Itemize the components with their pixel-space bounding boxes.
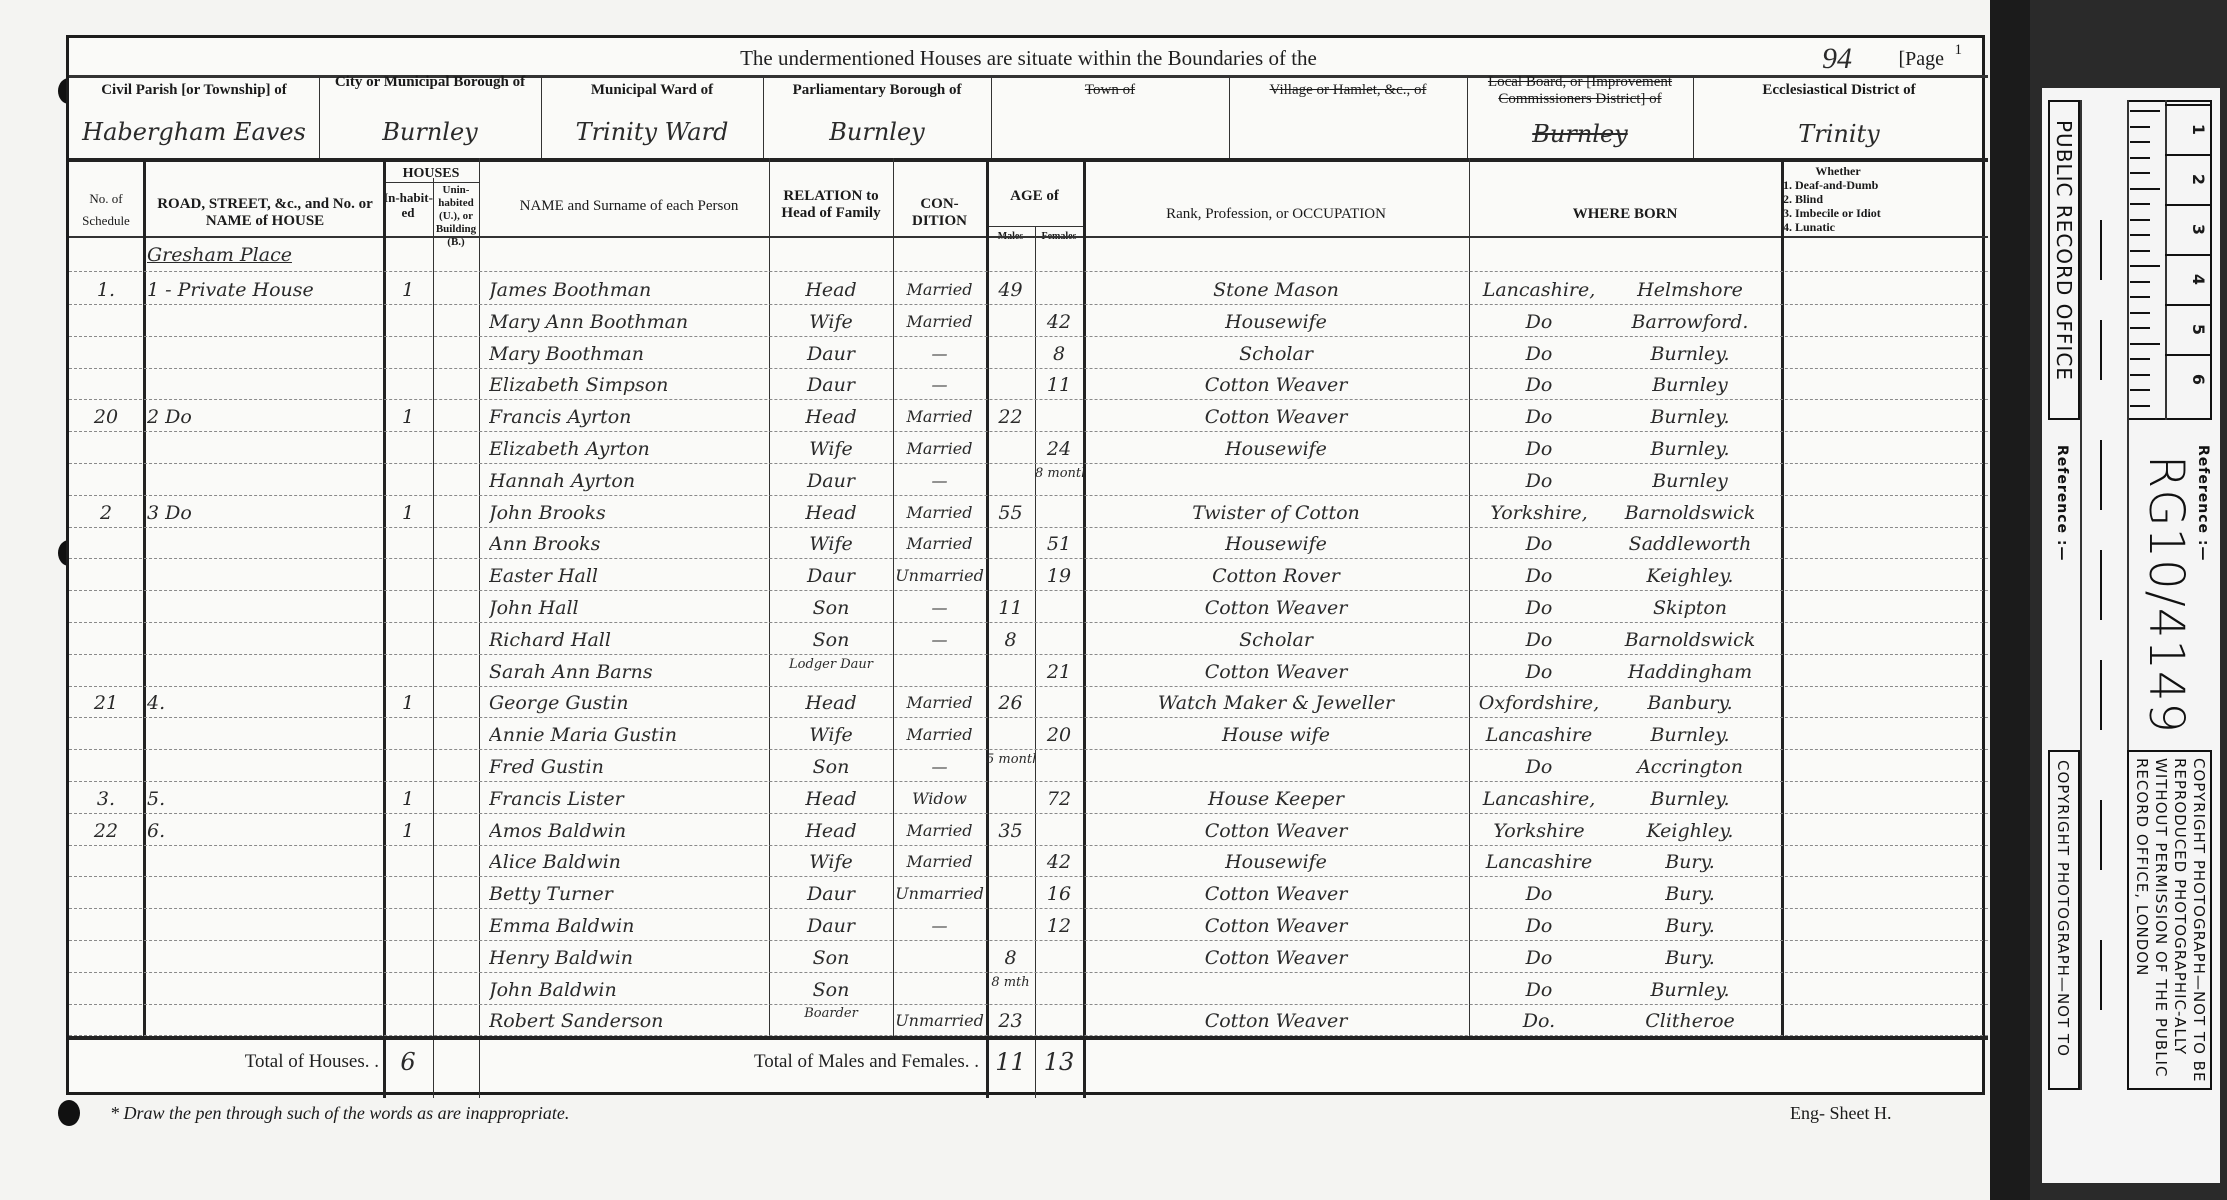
- boundary-value-local-board: Burnley: [1467, 120, 1693, 148]
- schedule-number: [69, 467, 143, 495]
- born-place: Burnley: [1599, 371, 1781, 399]
- boundary-label-parliamentary: Parliamentary Borough of: [763, 82, 991, 99]
- born-county: Do: [1469, 308, 1609, 336]
- ruler-tick: [2130, 250, 2150, 252]
- boundary-label-borough: City or Municipal Borough of: [319, 74, 541, 91]
- relation: Wife: [769, 530, 893, 558]
- female-age: 42: [1035, 848, 1083, 876]
- male-age: 35: [986, 817, 1035, 845]
- condition: [893, 976, 986, 1004]
- person-name: John Baldwin: [489, 976, 769, 1004]
- road-address: [147, 944, 383, 972]
- relation: Daur: [769, 912, 893, 940]
- born-place: Barnoldswick: [1599, 499, 1781, 527]
- person-name: Mary Boothman: [489, 340, 769, 368]
- road-address: [147, 976, 383, 1004]
- female-age: 8 months: [1035, 467, 1083, 495]
- street-heading: Gresham Place: [147, 241, 383, 269]
- born-county: Do: [1469, 467, 1609, 495]
- ruler-tick: [2130, 203, 2150, 205]
- female-age: 19: [1035, 562, 1083, 590]
- ruler-tick: [2130, 234, 2150, 236]
- inhabited-count: [383, 530, 433, 558]
- occupation: Housewife: [1083, 435, 1469, 463]
- table-row: 1.1 - Private House1James BoothmanHeadMa…: [69, 273, 1988, 306]
- ruler-tick: [2130, 327, 2150, 329]
- table-row: Elizabeth AyrtonWifeMarried24HousewifeDo…: [69, 432, 1988, 465]
- relation: Son: [769, 753, 893, 781]
- person-name: Richard Hall: [489, 626, 769, 654]
- inhabited-count: [383, 658, 433, 686]
- boundary-value-borough: Burnley: [319, 118, 541, 146]
- schedule-number: 20: [69, 403, 143, 431]
- road-address: [147, 530, 383, 558]
- scale-cell: 3: [2165, 204, 2210, 256]
- inhabited-count: [383, 340, 433, 368]
- header-occupation: Rank, Profession, or OCCUPATION: [1083, 206, 1469, 223]
- road-address: 5.: [147, 785, 383, 813]
- person-name: Ann Brooks: [489, 530, 769, 558]
- scale-cell: 2: [2165, 154, 2210, 206]
- condition: [893, 658, 986, 686]
- page-label: [Page: [1898, 48, 1944, 71]
- occupation: Cotton Rover: [1083, 562, 1469, 590]
- born-county: Do: [1469, 976, 1609, 1004]
- born-place: Bury.: [1599, 880, 1781, 908]
- inhabited-count: 1: [383, 499, 433, 527]
- male-age: [986, 721, 1035, 749]
- person-name: Emma Baldwin: [489, 912, 769, 940]
- schedule-number: 2: [69, 499, 143, 527]
- condition: Married: [893, 689, 986, 717]
- ruler-tick: [2130, 343, 2160, 345]
- male-age: 49: [986, 276, 1035, 304]
- scale-number: 2: [2189, 174, 2208, 185]
- occupation: Housewife: [1083, 308, 1469, 336]
- born-place: Haddingham: [1599, 658, 1781, 686]
- born-county: Yorkshire: [1469, 817, 1609, 845]
- female-age: 24: [1035, 435, 1083, 463]
- male-age: [986, 562, 1035, 590]
- cut-line: [2100, 320, 2102, 380]
- condition: —: [893, 594, 986, 622]
- male-age: [986, 435, 1035, 463]
- inhabited-count: [383, 371, 433, 399]
- total-persons-label: Total of Males and Females. .: [489, 1051, 979, 1073]
- born-place: Bury.: [1599, 912, 1781, 940]
- born-place: Burnley.: [1599, 403, 1781, 431]
- schedule-number: [69, 658, 143, 686]
- road-address: [147, 848, 383, 876]
- scale-cell: 5: [2165, 304, 2210, 356]
- scale-cell: 6: [2165, 354, 2210, 406]
- male-age: 26: [986, 689, 1035, 717]
- road-address: 4.: [147, 689, 383, 717]
- ruler-tick: [2130, 141, 2150, 143]
- boundary-value-civil-parish: Habergham Eaves: [69, 118, 319, 146]
- road-address: [147, 880, 383, 908]
- male-age: 22: [986, 403, 1035, 431]
- female-age: 8: [1035, 340, 1083, 368]
- male-age: 8: [986, 944, 1035, 972]
- road-address: [147, 1007, 383, 1035]
- ruler-tick: [2130, 405, 2150, 407]
- person-name: Sarah Ann Barns: [489, 658, 769, 686]
- schedule-number: 1.: [69, 276, 143, 304]
- road-address: [147, 721, 383, 749]
- boundary-label-ecclesiastical: Ecclesiastical District of: [1693, 82, 1985, 99]
- schedule-number: [69, 753, 143, 781]
- born-place: Keighley.: [1599, 562, 1781, 590]
- schedule-number: [69, 944, 143, 972]
- born-place: Keighley.: [1599, 817, 1781, 845]
- inhabited-count: [383, 944, 433, 972]
- scale-cell: 1: [2165, 104, 2210, 156]
- header-condition: CON-DITION: [893, 196, 986, 230]
- infirmity-option-3: 3. Imbecile or Idiot: [1783, 206, 1983, 220]
- inhabited-count: [383, 848, 433, 876]
- table-row: Ann BrooksWifeMarried51HousewifeDoSaddle…: [69, 527, 1988, 560]
- person-name: Robert Sanderson: [489, 1007, 769, 1035]
- scale-number: 5: [2189, 324, 2208, 335]
- inhabited-count: [383, 435, 433, 463]
- condition: —: [893, 371, 986, 399]
- divider: [2080, 100, 2082, 1090]
- occupation: Twister of Cotton: [1083, 499, 1469, 527]
- born-county: Do: [1469, 594, 1609, 622]
- female-age: 12: [1035, 912, 1083, 940]
- relation: Head: [769, 817, 893, 845]
- census-form: The undermentioned Houses are situate wi…: [66, 35, 1985, 1095]
- condition: [893, 944, 986, 972]
- born-county: Lancashire,: [1469, 276, 1609, 304]
- ruler-tick: [2130, 358, 2150, 360]
- schedule-number: 3.: [69, 785, 143, 813]
- schedule-number: [69, 848, 143, 876]
- schedule-number: 22: [69, 817, 143, 845]
- born-county: Lancashire,: [1469, 785, 1609, 813]
- male-age: 23: [986, 1007, 1035, 1035]
- person-name: Amos Baldwin: [489, 817, 769, 845]
- table-row: Sarah Ann BarnsLodger Daur21Cotton Weave…: [69, 655, 1988, 688]
- boundary-value-parliamentary: Burnley: [763, 118, 991, 146]
- relation: Wife: [769, 848, 893, 876]
- female-age: 51: [1035, 530, 1083, 558]
- table-row: Fred GustinSon—5 monthsDoAccrington: [69, 750, 1988, 783]
- table-row: Easter HallDaurUnmarried19Cotton RoverDo…: [69, 559, 1988, 592]
- relation: Daur: [769, 340, 893, 368]
- boundary-label-civil-parish: Civil Parish [or Township] of: [69, 82, 319, 99]
- born-county: Do: [1469, 340, 1609, 368]
- schedule-number: [69, 594, 143, 622]
- table-row: Emma BaldwinDaur—12Cotton WeaverDoBury.: [69, 909, 1988, 942]
- inhabited-count: [383, 308, 433, 336]
- female-age: [1035, 499, 1083, 527]
- infirmity-option-2: 2. Blind: [1783, 192, 1983, 206]
- table-row: 226.1Amos BaldwinHeadMarried35Cotton Wea…: [69, 814, 1988, 847]
- film-margin-edge: [1990, 0, 2030, 1200]
- person-name: Betty Turner: [489, 880, 769, 908]
- male-age: [986, 658, 1035, 686]
- boundary-label-ward: Municipal Ward of: [541, 82, 763, 99]
- road-address: [147, 435, 383, 463]
- born-place: Burnley.: [1599, 340, 1781, 368]
- reference-value: RG10/4149: [2138, 455, 2194, 734]
- male-age: [986, 308, 1035, 336]
- header-name: NAME and Surname of each Person: [499, 198, 759, 215]
- table-row: Alice BaldwinWifeMarried42HousewifeLanca…: [69, 845, 1988, 878]
- header-inhabited: In-habit-ed: [383, 190, 433, 220]
- header-schedule: No. of Schedule: [69, 188, 143, 232]
- scale-number: 3: [2189, 224, 2208, 235]
- female-age: [1035, 1007, 1083, 1035]
- road-address: [147, 371, 383, 399]
- ruler-tick: [2130, 265, 2160, 267]
- header-infirmity: Whether 1. Deaf-and-Dumb 2. Blind 3. Imb…: [1783, 164, 1983, 234]
- person-name: George Gustin: [489, 689, 769, 717]
- relation: Wife: [769, 435, 893, 463]
- male-age: [986, 530, 1035, 558]
- female-age: [1035, 276, 1083, 304]
- table-row: Henry BaldwinSon8Cotton WeaverDoBury.: [69, 941, 1988, 974]
- total-males-value: 11: [986, 1048, 1035, 1076]
- condition: Widow: [893, 785, 986, 813]
- occupation: [1083, 753, 1469, 781]
- inhabited-count: [383, 753, 433, 781]
- occupation: Housewife: [1083, 530, 1469, 558]
- occupation: Cotton Weaver: [1083, 1007, 1469, 1035]
- table-row: 3.5.1Francis ListerHeadWidow72House Keep…: [69, 782, 1988, 815]
- person-name: Hannah Ayrton: [489, 467, 769, 495]
- born-county: Do: [1469, 944, 1609, 972]
- inhabited-count: [383, 594, 433, 622]
- road-address: 6.: [147, 817, 383, 845]
- male-age: [986, 880, 1035, 908]
- table-row: Elizabeth SimpsonDaur—11Cotton WeaverDoB…: [69, 368, 1988, 401]
- ruler-tick: [2130, 312, 2150, 314]
- cut-line: [2100, 440, 2102, 510]
- inhabited-count: 1: [383, 276, 433, 304]
- table-row: 202 Do1Francis AyrtonHeadMarried22Cotton…: [69, 400, 1988, 433]
- occupation: Cotton Weaver: [1083, 403, 1469, 431]
- female-age: [1035, 753, 1083, 781]
- form-title: The undermentioned Houses are situate wi…: [69, 46, 1988, 71]
- folio-number: 94: [1822, 42, 1852, 76]
- born-county: Lancashire: [1469, 848, 1609, 876]
- total-females-value: 13: [1035, 1048, 1083, 1076]
- person-name: Fred Gustin: [489, 753, 769, 781]
- born-county: Yorkshire,: [1469, 499, 1609, 527]
- condition: Married: [893, 403, 986, 431]
- male-age: 8 mth: [986, 976, 1035, 1004]
- ruler-tick: [2130, 389, 2150, 391]
- ruler-tick: [2130, 172, 2150, 174]
- relation: Lodger Daur: [769, 658, 893, 686]
- person-name: Annie Maria Gustin: [489, 721, 769, 749]
- inhabited-count: 1: [383, 817, 433, 845]
- cut-line: [2100, 550, 2102, 620]
- male-age: [986, 340, 1035, 368]
- relation: Head: [769, 276, 893, 304]
- born-county: Do: [1469, 658, 1609, 686]
- boundary-label-village: Village or Hamlet, &c., of: [1229, 82, 1467, 99]
- relation: Wife: [769, 308, 893, 336]
- ruler-tick: [2130, 157, 2150, 159]
- road-address: [147, 562, 383, 590]
- occupation: House Keeper: [1083, 785, 1469, 813]
- condition: Married: [893, 435, 986, 463]
- person-name: James Boothman: [489, 276, 769, 304]
- occupation: Cotton Weaver: [1083, 944, 1469, 972]
- born-place: Bury.: [1599, 944, 1781, 972]
- person-name: Elizabeth Ayrton: [489, 435, 769, 463]
- ruler-tick: [2130, 110, 2160, 112]
- record-office-label: PUBLIC RECORD OFFICE: [2052, 120, 2076, 381]
- relation: Daur: [769, 880, 893, 908]
- condition: —: [893, 912, 986, 940]
- total-houses-label: Total of Houses. .: [129, 1051, 379, 1073]
- occupation: Housewife: [1083, 848, 1469, 876]
- male-age: 11: [986, 594, 1035, 622]
- copyright-full: COPYRIGHT PHOTOGRAPH—NOT TO BE REPRODUCE…: [2132, 758, 2208, 1083]
- header-relation: RELATION to Head of Family: [769, 188, 893, 222]
- reference-label-right: Reference :—: [2195, 445, 2211, 562]
- condition: Married: [893, 721, 986, 749]
- person-name: Francis Lister: [489, 785, 769, 813]
- footer-note: * Draw the pen through such of the words…: [110, 1103, 569, 1124]
- born-place: Burnley.: [1599, 976, 1781, 1004]
- schedule-number: [69, 912, 143, 940]
- inhabited-count: [383, 467, 433, 495]
- condition: —: [893, 467, 986, 495]
- cut-line: [2100, 660, 2102, 730]
- relation: Head: [769, 403, 893, 431]
- born-county: Do: [1469, 562, 1609, 590]
- scale-cell: 4: [2165, 254, 2210, 306]
- inhabited-count: [383, 1007, 433, 1035]
- condition: Married: [893, 530, 986, 558]
- person-name: Mary Ann Boothman: [489, 308, 769, 336]
- born-county: Lancashire: [1469, 721, 1609, 749]
- condition: Unmarried: [893, 1007, 986, 1035]
- female-age: [1035, 976, 1083, 1004]
- schedule-number: 21: [69, 689, 143, 717]
- relation: Head: [769, 499, 893, 527]
- boundary-value-ward: Trinity Ward: [541, 118, 763, 146]
- female-age: [1035, 689, 1083, 717]
- condition: Married: [893, 848, 986, 876]
- born-place: Burnley.: [1599, 721, 1781, 749]
- born-county: Do: [1469, 753, 1609, 781]
- inhabited-count: [383, 721, 433, 749]
- female-age: 72: [1035, 785, 1083, 813]
- male-age: [986, 848, 1035, 876]
- person-name: Elizabeth Simpson: [489, 371, 769, 399]
- road-address: [147, 594, 383, 622]
- infirmity-title: Whether: [1783, 164, 1893, 178]
- divider: [69, 1036, 1988, 1040]
- person-name: John Hall: [489, 594, 769, 622]
- male-age: [986, 467, 1035, 495]
- born-place: Clitheroe: [1599, 1007, 1781, 1035]
- schedule-number: [69, 530, 143, 558]
- table-row: 23 Do1John BrooksHeadMarried55Twister of…: [69, 496, 1988, 529]
- occupation: Scholar: [1083, 340, 1469, 368]
- relation: Daur: [769, 371, 893, 399]
- road-address: [147, 308, 383, 336]
- header-where-born: WHERE BORN: [1469, 206, 1781, 223]
- person-name: Henry Baldwin: [489, 944, 769, 972]
- occupation: Stone Mason: [1083, 276, 1469, 304]
- road-address: [147, 658, 383, 686]
- condition: Unmarried: [893, 880, 986, 908]
- inhabited-count: [383, 912, 433, 940]
- scale-number: 4: [2189, 274, 2208, 285]
- occupation: Watch Maker & Jeweller: [1083, 689, 1469, 717]
- relation: Daur: [769, 467, 893, 495]
- condition: Married: [893, 308, 986, 336]
- schedule-number: [69, 976, 143, 1004]
- table-row: Annie Maria GustinWifeMarried20House wif…: [69, 718, 1988, 751]
- male-age: 55: [986, 499, 1035, 527]
- scale-number: 1: [2189, 124, 2208, 135]
- female-age: [1035, 594, 1083, 622]
- table-row: John BaldwinSon8 mthDoBurnley.: [69, 973, 1988, 1006]
- schedule-number: [69, 371, 143, 399]
- born-place: Burnley: [1599, 467, 1781, 495]
- relation: Head: [769, 785, 893, 813]
- relation: Head: [769, 689, 893, 717]
- condition: Married: [893, 499, 986, 527]
- occupation: Cotton Weaver: [1083, 912, 1469, 940]
- condition: —: [893, 340, 986, 368]
- header-age: AGE of: [986, 188, 1083, 205]
- occupation: Cotton Weaver: [1083, 371, 1469, 399]
- inhabited-count: 1: [383, 785, 433, 813]
- born-place: Skipton: [1599, 594, 1781, 622]
- table-row: Richard HallSon—8ScholarDoBarnoldswick: [69, 623, 1988, 656]
- occupation: Scholar: [1083, 626, 1469, 654]
- schedule-number: [69, 626, 143, 654]
- ruler-tick: [2130, 126, 2150, 128]
- relation: Daur: [769, 562, 893, 590]
- born-county: Do.: [1469, 1007, 1609, 1035]
- road-address: [147, 753, 383, 781]
- header-road: ROAD, STREET, &c., and No. or NAME of HO…: [147, 196, 383, 230]
- born-county: Do: [1469, 371, 1609, 399]
- occupation: [1083, 976, 1469, 1004]
- born-county: Do: [1469, 435, 1609, 463]
- occupation: Cotton Weaver: [1083, 880, 1469, 908]
- reference-label-left: Reference :—: [2054, 445, 2070, 562]
- born-place: Burnley.: [1599, 435, 1781, 463]
- schedule-number: [69, 721, 143, 749]
- table-row: Robert SandersonBoarderUnmarried23Cotton…: [69, 1004, 1988, 1037]
- page-number: 1: [1955, 42, 1963, 59]
- relation: Boarder: [769, 1007, 893, 1035]
- condition: Married: [893, 276, 986, 304]
- male-age: 5 months: [986, 753, 1035, 781]
- infirmity-option-1: 1. Deaf-and-Dumb: [1783, 178, 1983, 192]
- inhabited-count: [383, 562, 433, 590]
- occupation: Cotton Weaver: [1083, 658, 1469, 686]
- condition: —: [893, 626, 986, 654]
- schedule-number: [69, 1007, 143, 1035]
- boundary-label-local-board: Local Board, or [Improvement Commissione…: [1467, 74, 1693, 108]
- street-heading-row: Gresham Place: [69, 238, 1988, 271]
- ruler-tick: [2130, 296, 2150, 298]
- copyright-short: COPYRIGHT PHOTOGRAPH—NOT TO: [2054, 760, 2072, 1057]
